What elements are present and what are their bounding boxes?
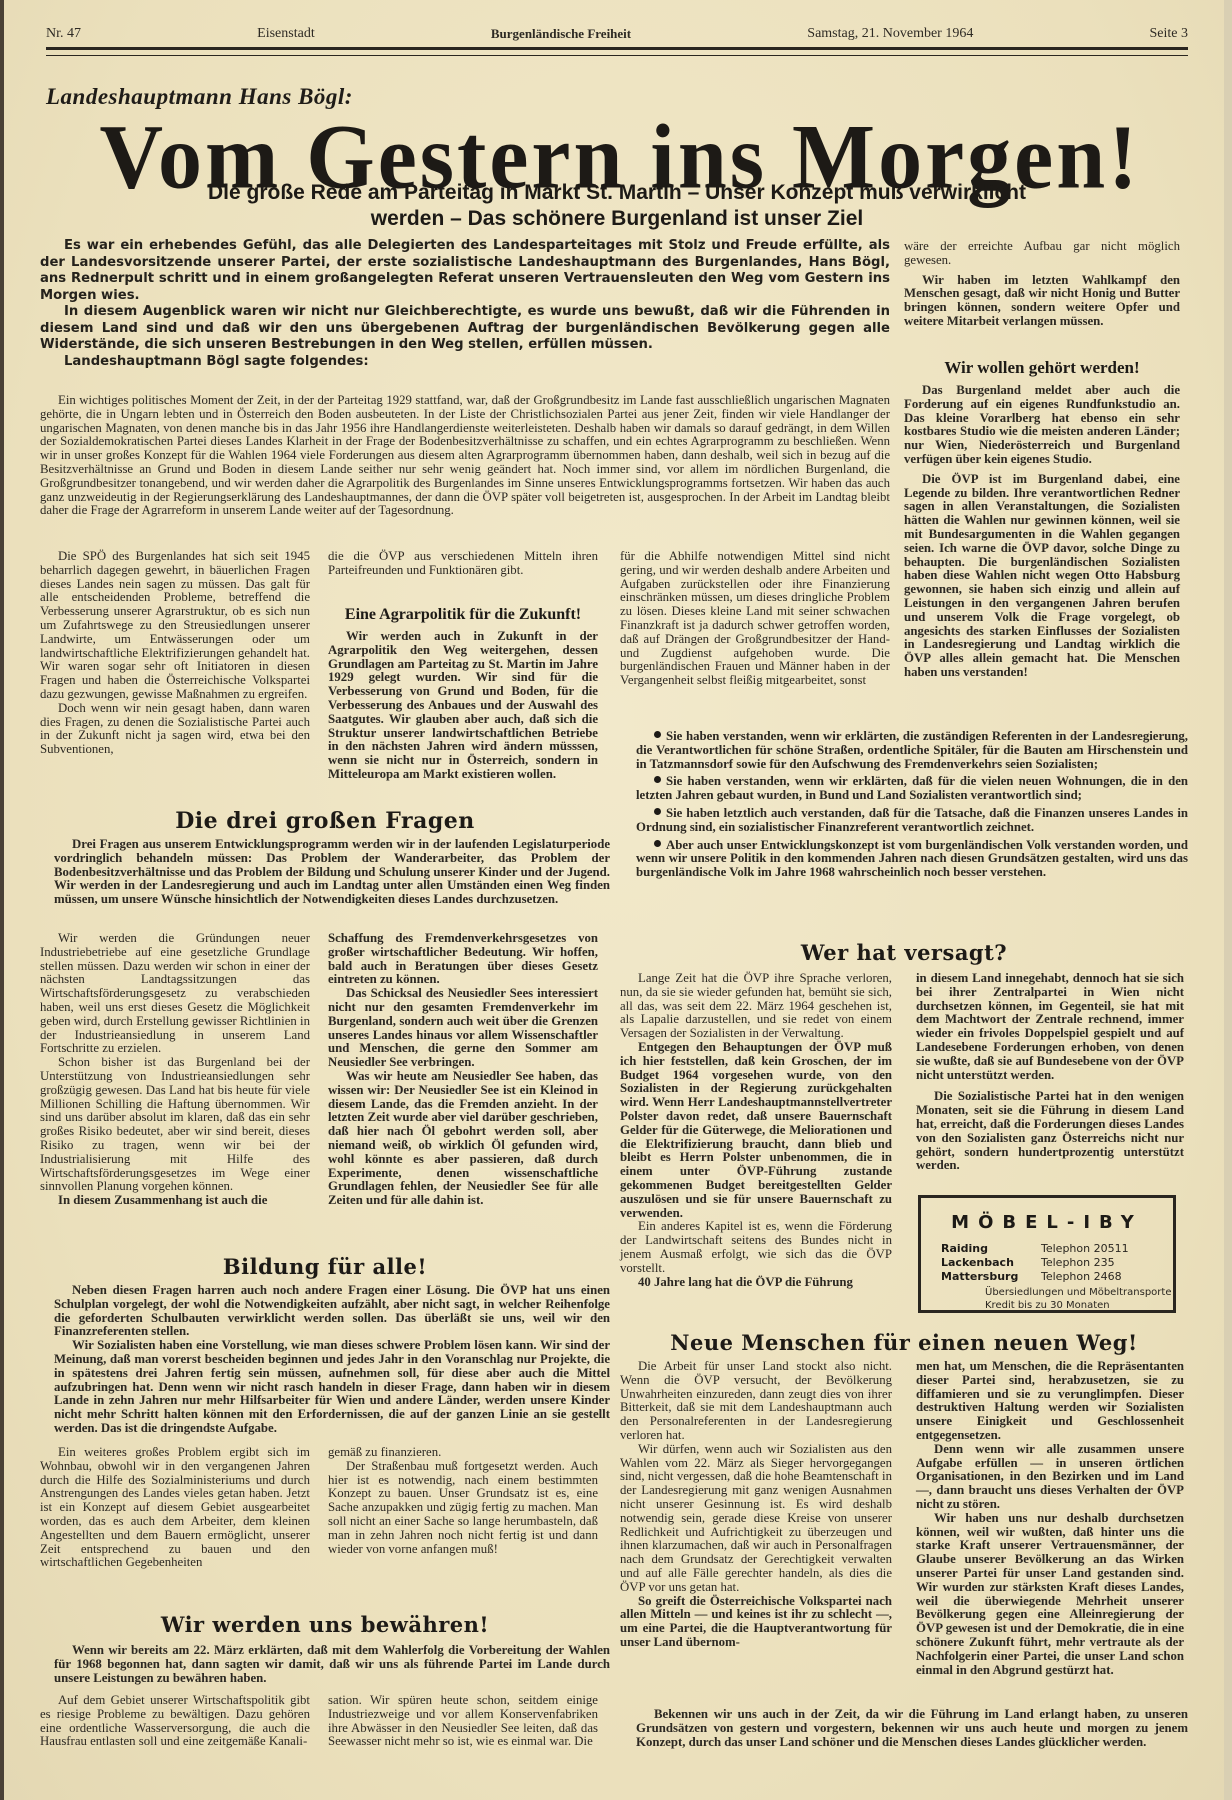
paragraph: Wir werden die Gründungen neuer Industri… (40, 932, 310, 1056)
scan-edge-left (0, 0, 4, 1800)
paragraph: men hat, um Menschen, die die Repräsenta… (916, 1360, 1184, 1443)
col3-c: Die Arbeit für unser Land stockt also ni… (620, 1360, 892, 1650)
advert-location: Raiding (941, 1242, 988, 1255)
paragraph: Drei Fragen aus unserem Entwicklungsprog… (54, 838, 610, 907)
advert-location: Mattersburg (941, 1270, 1018, 1283)
paragraph: Doch wenn wir nein gesagt haben, dann wa… (40, 702, 310, 757)
lead-paragraph: Es war ein erhebendes Gefühl, das alle D… (40, 238, 890, 304)
drei-intro: Drei Fragen aus unserem Entwicklungsprog… (54, 838, 610, 907)
intro-quote: Ein wichtiges politisches Moment der Zei… (40, 394, 890, 518)
paragraph: Wir haben uns nur deshalb durchsetzen kö… (916, 1512, 1184, 1678)
issue-number: Nr. 47 (46, 26, 81, 46)
paragraph: Der Straßenbau muß fortgesetzt werden. A… (328, 1460, 598, 1557)
paragraph: In diesem Zusammenhang ist auch die (40, 1194, 310, 1208)
col2-d: sation. Wir spüren heute schon, seitdem … (328, 1694, 598, 1749)
paragraph: sation. Wir spüren heute schon, seitdem … (328, 1694, 598, 1749)
heading-drei-grosse-fragen: Die drei großen Fragen (40, 808, 610, 834)
scan-edge-right (1224, 0, 1232, 1800)
paragraph: So greift die Österreichische Volksparte… (620, 1595, 892, 1650)
advert-moebel-iby: MÖBEL-IBY Raiding Telephon 20511 Lackenb… (918, 1195, 1176, 1313)
paragraph: Was wir heute am Neusiedler See haben, d… (328, 1070, 598, 1208)
place: Eisenstadt (257, 26, 315, 46)
advert-phone: Telephon 235 (1041, 1256, 1115, 1269)
col2-b: Schaffung des Fremdenverkehrsgesetzes vo… (328, 932, 598, 1208)
col1-b: Wir werden die Gründungen neuer Industri… (40, 932, 310, 1208)
newspaper-page: Nr. 47 Eisenstadt Burgenländische Freihe… (0, 0, 1232, 1800)
paragraph: Das Burgenland meldet aber auch die Ford… (904, 384, 1180, 467)
paragraph: Ein anderes Kapitel ist es, wenn die För… (620, 1220, 892, 1275)
paragraph: Schon bisher ist das Burgenland bei der … (40, 1056, 310, 1194)
lead-paragraphs: Es war ein erhebendes Gefühl, das alle D… (40, 238, 890, 370)
bullet-item: Aber auch unser Entwicklungskonzept ist … (636, 839, 1188, 880)
bullet-list: Sie haben verstanden, wenn wir erklärten… (636, 730, 1188, 880)
intro-paragraph: Ein wichtiges politisches Moment der Zei… (40, 394, 890, 518)
paragraph: Wir Sozialisten haben eine Vorstellung, … (54, 1339, 610, 1436)
lead-paragraph: In diesem Augenblick waren wir nicht nur… (40, 304, 890, 354)
paragraph: Die Arbeit für unser Land stockt also ni… (620, 1360, 892, 1443)
paragraph: die die ÖVP aus verschiedenen Mitteln ih… (328, 550, 598, 578)
bullet-item: Sie haben verstanden, wenn wir erklärten… (636, 730, 1188, 771)
bullet-icon (654, 776, 661, 783)
advert-brand: MÖBEL-IBY (921, 1212, 1173, 1233)
paragraph: wäre der erreichte Aufbau gar nicht mögl… (904, 240, 1180, 268)
bullet-icon (654, 808, 661, 815)
advert-note: Kredit bis zu 30 Monaten (985, 1299, 1110, 1312)
col3-b: Lange Zeit hat die ÖVP ihre Sprache verl… (620, 972, 892, 1289)
bildung-text: Neben diesen Fragen harren auch noch and… (54, 1284, 610, 1436)
paragraph: Bekennen wir uns auch in der Zeit, da wi… (636, 1708, 1188, 1749)
bullet-icon (654, 731, 661, 738)
heading-agrarpolitik: Eine Agrarpolitik für die Zukunft! (328, 606, 598, 624)
bewaehren-intro: Wenn wir bereits am 22. März erklärten, … (54, 1644, 610, 1685)
paragraph: Wenn wir bereits am 22. März erklärten, … (54, 1644, 610, 1685)
col4-d: men hat, um Menschen, die die Repräsenta… (916, 1360, 1184, 1677)
paragraph: Ein weiteres großes Problem ergibt sich … (40, 1446, 310, 1570)
paragraph: Die ÖVP ist im Burgenland dabei, eine Le… (904, 473, 1180, 680)
col4-gehoert: Das Burgenland meldet aber auch die Ford… (904, 384, 1180, 680)
paragraph: Wir dürfen, wenn auch wir Sozialisten au… (620, 1443, 892, 1595)
paragraph: Neben diesen Fragen harren auch noch and… (54, 1284, 610, 1339)
col1-d: Auf dem Gebiet unserer Wirtschaftspoliti… (40, 1694, 310, 1749)
lead-paragraph: Landeshauptmann Bögl sagte folgendes: (40, 354, 890, 371)
subheadline: Die große Rede am Parteitag in Markt St.… (46, 180, 1188, 232)
col2-a: die die ÖVP aus verschiedenen Mitteln ih… (328, 550, 598, 578)
paragraph: Die SPÖ des Burgenlandes hat sich seit 1… (40, 550, 310, 702)
masthead: Nr. 47 Eisenstadt Burgenländische Freihe… (46, 26, 1188, 46)
heading-bildung-fuer-alle: Bildung für alle! (40, 1254, 610, 1279)
paragraph: Auf dem Gebiet unserer Wirtschaftspoliti… (40, 1694, 310, 1749)
col4-c: in diesem Land innegehabt, dennoch hat s… (916, 972, 1184, 1173)
col4-top: wäre der erreichte Aufbau gar nicht mögl… (904, 240, 1180, 329)
advert-location: Lackenbach (941, 1256, 1014, 1269)
col2-agrar: Wir werden auch in Zukunft in der Agrarp… (328, 630, 598, 782)
heading-wer-hat-versagt: Wer hat versagt? (620, 940, 1188, 965)
paragraph: Entgegen den Behauptungen der ÖVP muß ic… (620, 1041, 892, 1220)
bullet-icon (654, 840, 661, 847)
advert-phone: Telephon 2468 (1041, 1270, 1122, 1283)
advert-phone: Telephon 20511 (1041, 1242, 1129, 1255)
bullet-item: Sie haben letztlich auch verstanden, daß… (636, 807, 1188, 835)
paragraph: Denn wenn wir alle zusammen unsere Aufga… (916, 1443, 1184, 1512)
heading-neue-menschen: Neue Menschen für einen neuen Weg! (620, 1330, 1188, 1355)
paragraph: Wir haben im letzten Wahlkampf den Mensc… (904, 274, 1180, 329)
col2-c: gemäß zu finanzieren. Der Straßenbau muß… (328, 1446, 598, 1556)
paragraph: gemäß zu finanzieren. (328, 1446, 598, 1460)
date: Samstag, 21. November 1964 (807, 26, 973, 46)
subhead-line-1: Die große Rede am Parteitag in Markt St.… (46, 180, 1188, 206)
col1-a: Die SPÖ des Burgenlandes hat sich seit 1… (40, 550, 310, 757)
subhead-line-2: werden – Das schönere Burgenland ist uns… (46, 206, 1188, 232)
paper-name: Burgenländische Freiheit (491, 26, 631, 46)
closing-paragraph: Bekennen wir uns auch in der Zeit, da wi… (636, 1708, 1188, 1749)
bullet-item: Sie haben verstanden, wenn wir erklärten… (636, 775, 1188, 803)
advert-note: Übersiedlungen und Möbeltransporte (985, 1286, 1171, 1299)
col1-c: Ein weiteres großes Problem ergibt sich … (40, 1446, 310, 1570)
paragraph: Das Schicksal des Neusiedler Sees intere… (328, 987, 598, 1070)
heading-wir-wollen-gehoert-werden: Wir wollen gehört werden! (904, 358, 1180, 378)
paragraph: Lange Zeit hat die ÖVP ihre Sprache verl… (620, 972, 892, 1041)
paragraph: für die Abhilfe notwendigen Mittel sind … (620, 550, 890, 688)
col3-a: für die Abhilfe notwendigen Mittel sind … (620, 550, 890, 688)
paragraph: Wir werden auch in Zukunft in der Agrarp… (328, 630, 598, 782)
paragraph: 40 Jahre lang hat die ÖVP die Führung (620, 1276, 892, 1290)
paragraph: Die Sozialistische Partei hat in den wen… (916, 1090, 1184, 1173)
masthead-rule (46, 47, 1188, 56)
heading-wir-werden-uns-bewaehren: Wir werden uns bewähren! (40, 1612, 610, 1637)
paragraph: Schaffung des Fremdenverkehrsgesetzes vo… (328, 932, 598, 987)
paragraph: in diesem Land innegehabt, dennoch hat s… (916, 972, 1184, 1082)
page-number: Seite 3 (1150, 26, 1189, 46)
